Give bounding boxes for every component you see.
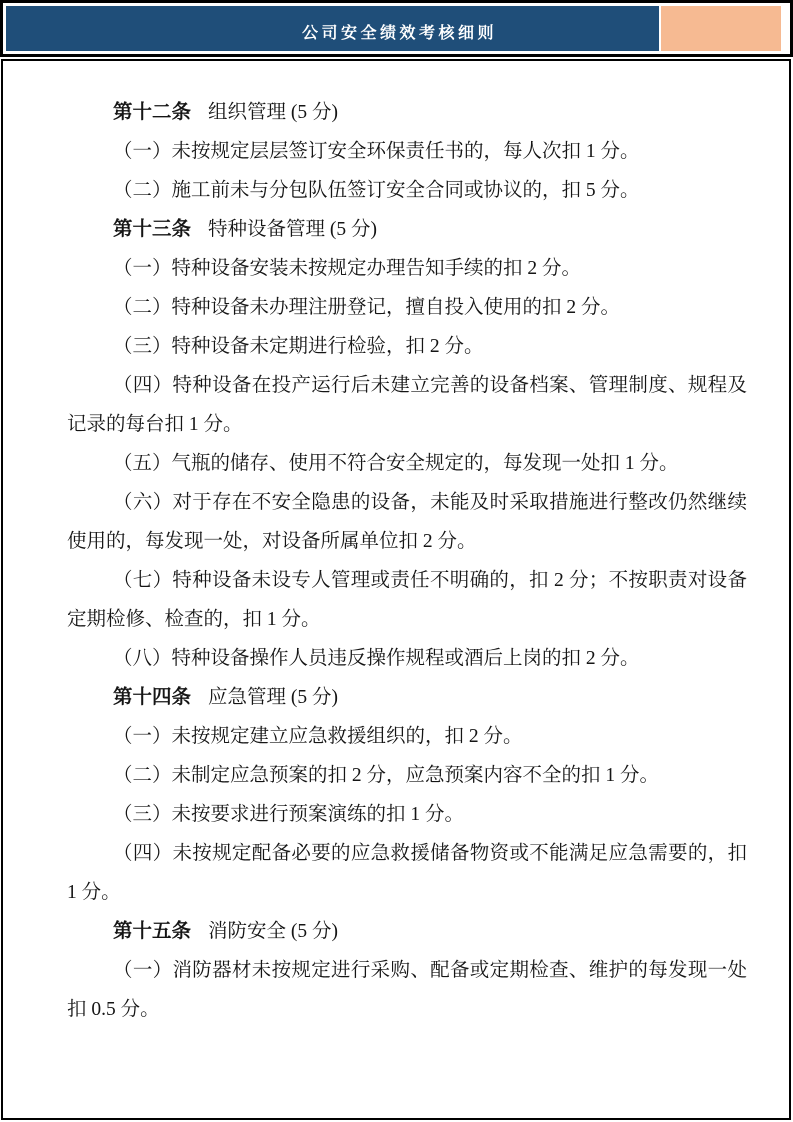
section-title: 特种设备管理 (5 分) — [208, 219, 377, 240]
clause-item: （四）未按规定配备必要的应急救援储备物资或不能满足应急需要的，扣 1 分。 — [67, 834, 747, 912]
clause-item: （八）特种设备操作人员违反操作规程或酒后上岗的扣 2 分。 — [67, 639, 747, 678]
section-heading: 第十五条消防安全 (5 分) — [67, 912, 747, 951]
section-title: 应急管理 (5 分) — [208, 687, 338, 708]
clause-item: （一）未按规定建立应急救援组织的，扣 2 分。 — [67, 717, 747, 756]
document-page: 公司安全绩效考核细则 第十二条组织管理 (5 分) （一）未按规定层层签订安全环… — [0, 0, 793, 1122]
section-number: 第十二条 — [113, 102, 191, 123]
section-number: 第十五条 — [113, 921, 191, 942]
section-number: 第十四条 — [113, 687, 191, 708]
section-heading: 第十三条特种设备管理 (5 分) — [67, 210, 747, 249]
clause-item: （三）特种设备未定期进行检验，扣 2 分。 — [67, 327, 747, 366]
clause-item: （二）施工前未与分包队伍签订安全合同或协议的，扣 5 分。 — [67, 171, 747, 210]
clause-item: （四）特种设备在投产运行后未建立完善的设备档案、管理制度、规程及记录的每台扣 1… — [67, 366, 747, 444]
clause-item: （三）未按要求进行预案演练的扣 1 分。 — [67, 795, 747, 834]
clause-item: （六）对于存在不安全隐患的设备，未能及时采取措施进行整改仍然继续使用的，每发现一… — [67, 483, 747, 561]
clause-item: （一）未按规定层层签订安全环保责任书的，每人次扣 1 分。 — [67, 132, 747, 171]
document-header: 公司安全绩效考核细则 — [0, 0, 793, 57]
clause-item: （一）特种设备安装未按规定办理告知手续的扣 2 分。 — [67, 249, 747, 288]
clause-item: （二）未制定应急预案的扣 2 分，应急预案内容不全的扣 1 分。 — [67, 756, 747, 795]
section-heading: 第十四条应急管理 (5 分) — [67, 678, 747, 717]
section-title: 消防安全 (5 分) — [208, 921, 338, 942]
clause-item: （七）特种设备未设专人管理或责任不明确的，扣 2 分；不按职责对设备定期检修、检… — [67, 561, 747, 639]
clause-item: （二）特种设备未办理注册登记，擅自投入使用的扣 2 分。 — [67, 288, 747, 327]
clause-item: （一）消防器材未按规定进行采购、配备或定期检查、维护的每发现一处扣 0.5 分。 — [67, 951, 747, 1029]
page-title: 公司安全绩效考核细则 — [3, 3, 793, 60]
section-heading: 第十二条组织管理 (5 分) — [67, 93, 747, 132]
document-body: 第十二条组织管理 (5 分) （一）未按规定层层签订安全环保责任书的，每人次扣 … — [1, 59, 791, 1120]
document-text: 第十二条组织管理 (5 分) （一）未按规定层层签订安全环保责任书的，每人次扣 … — [67, 93, 747, 1029]
section-title: 组织管理 (5 分) — [208, 102, 338, 123]
clause-item: （五）气瓶的储存、使用不符合安全规定的，每发现一处扣 1 分。 — [67, 444, 747, 483]
section-number: 第十三条 — [113, 219, 191, 240]
